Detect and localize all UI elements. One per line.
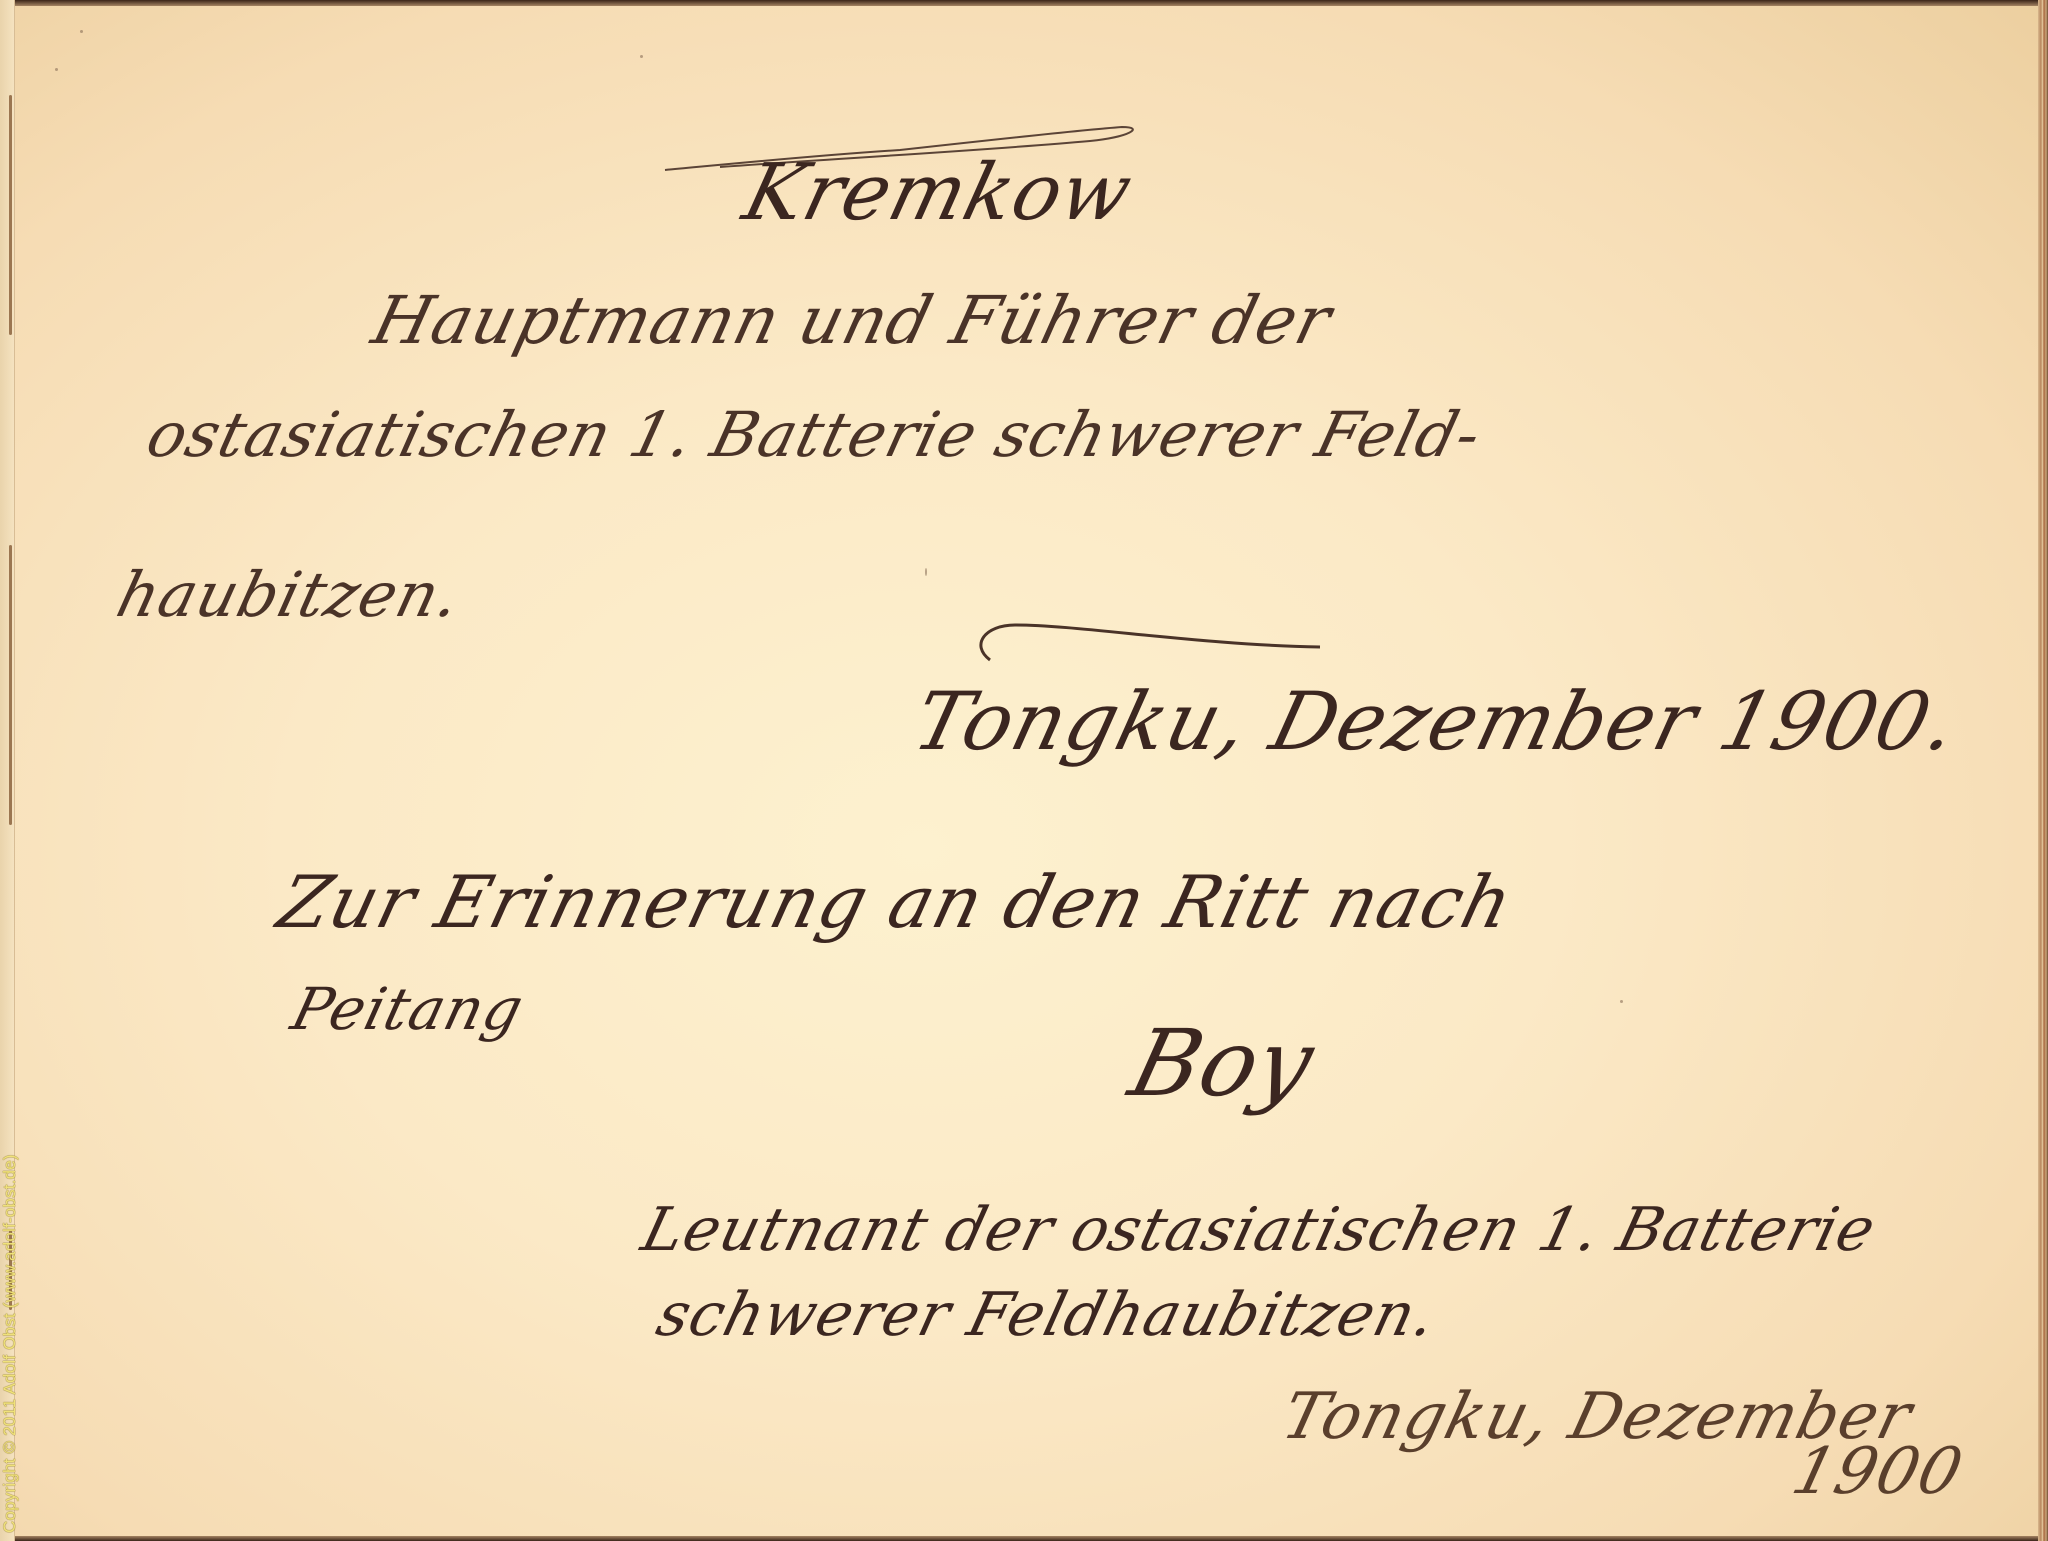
place-flourish [950, 615, 1330, 675]
page-top-edge [0, 0, 2048, 6]
paper-speck [925, 568, 927, 576]
entry-1-line-1: Hauptmann und Führer der [365, 282, 1339, 359]
paper-speck [1620, 1000, 1623, 1003]
page-bottom-edge [0, 1536, 2048, 1541]
entry-1-line-3: haubitzen. [110, 558, 468, 631]
paper-speck [640, 55, 643, 58]
entry-2-year: 1900 [1785, 1435, 1970, 1509]
entry-2-dedication-line-2: Peitang [285, 975, 531, 1043]
paper-speck [80, 30, 83, 33]
entry-2-signature: Boy [1120, 1010, 1325, 1117]
paper-speck [55, 68, 58, 71]
album-page: Kremkow Hauptmann und Führer der ostasia… [0, 0, 2048, 1541]
binding-stitch [9, 95, 12, 335]
entry-2-rank-line-1: Leutnant der ostasiatischen 1. Batterie [635, 1195, 1883, 1265]
binding-stitch [9, 545, 12, 825]
entry-2-dedication-line-1: Zur Erinnerung an den Ritt nach [270, 860, 1521, 944]
entry-1-line-2: ostasiatischen 1. Batterie schwerer Feld… [140, 398, 1489, 471]
copyright-watermark: Copyright © 2011 Adolf Obst (www.adolf-o… [0, 1154, 20, 1533]
entry-1-place-date: Tongku, Dezember 1900. [905, 675, 1967, 768]
entry-1-name: Kremkow [735, 148, 1141, 238]
entry-2-rank-line-2: schwerer Feldhaubitzen. [650, 1280, 1443, 1350]
page-right-edge [2038, 0, 2048, 1541]
